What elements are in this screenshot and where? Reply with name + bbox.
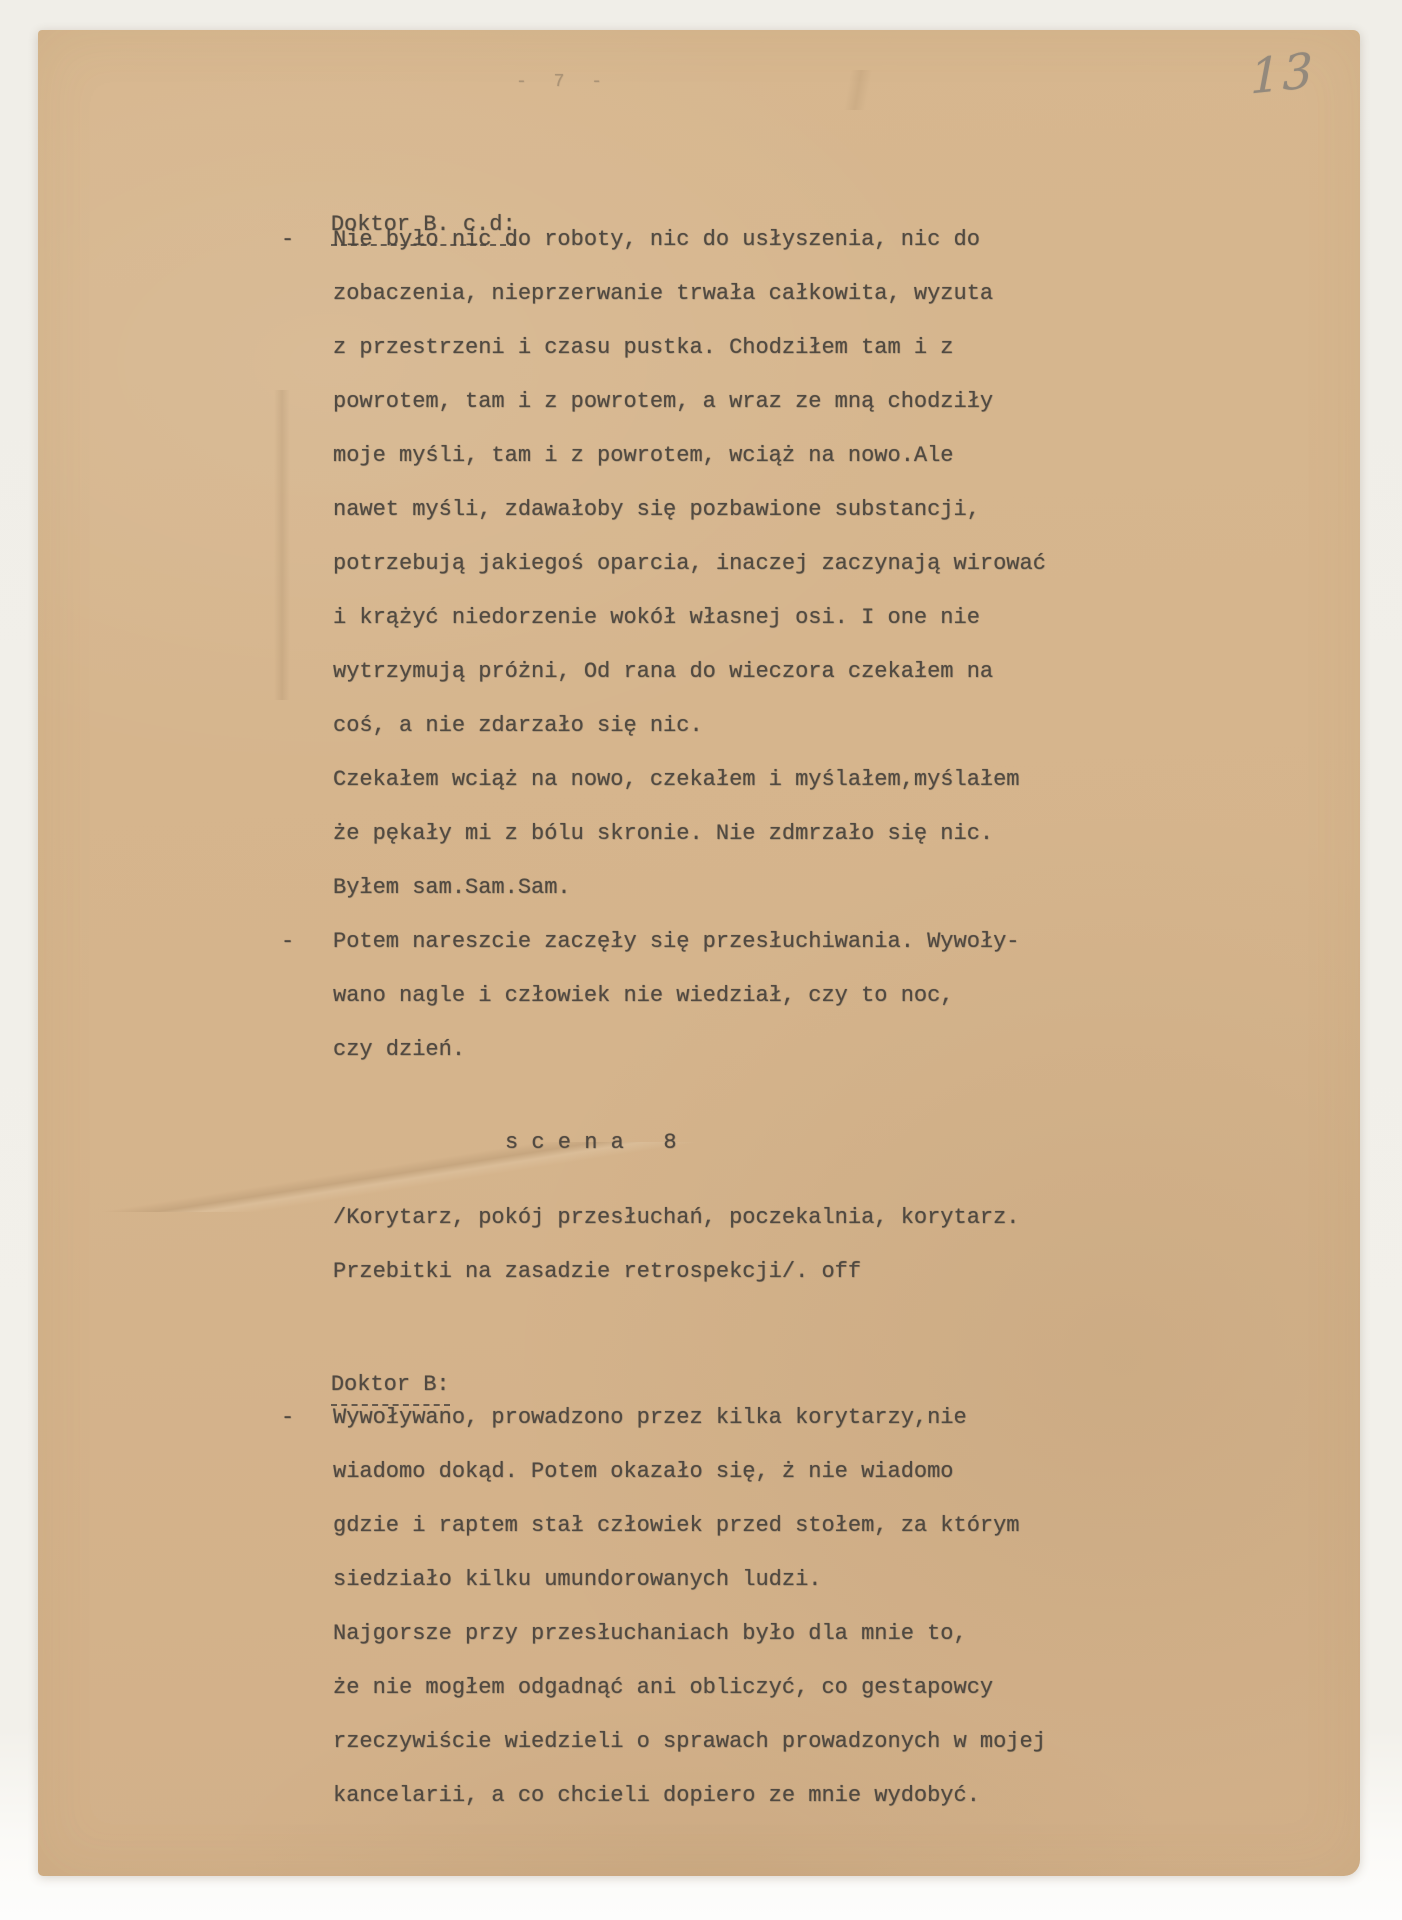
document-page: - 7 - 13 Doktor B. c.d: - Nie było nic d…	[38, 30, 1360, 1876]
text-line: wiadomo dokąd. Potem okazało się, ż nie …	[333, 1445, 1046, 1499]
dialog-dash-marker: -	[281, 1391, 294, 1445]
text-line: potrzebują jakiegoś oparcia, inaczej zac…	[333, 537, 1046, 591]
text-line: kancelarii, a co chcieli dopiero ze mnie…	[333, 1769, 1046, 1823]
dialog-paragraph: Nie było nic do roboty, nic do usłyszeni…	[333, 213, 1046, 915]
text-line: że nie mogłem odgadnąć ani obliczyć, co …	[333, 1661, 1046, 1715]
text-line: siedziało kilku umundorowanych ludzi.	[333, 1553, 1046, 1607]
paper-crease	[274, 390, 290, 700]
text-line: że pękały mi z bólu skronie. Nie zdmrzał…	[333, 807, 1046, 861]
text-line: nawet myśli, zdawałoby się pozbawione su…	[333, 483, 1046, 537]
text-line: Przebitki na zasadzie retrospekcji/. off	[333, 1245, 1020, 1299]
text-line: coś, a nie zdarzało się nic.	[333, 699, 1046, 753]
text-line: Czekałem wciąż na nowo, czekałem i myśla…	[333, 753, 1046, 807]
text-line: zobaczenia, nieprzerwanie trwała całkowi…	[333, 267, 1046, 321]
text-line: wano nagle i człowiek nie wiedział, czy …	[333, 969, 1020, 1023]
text-line: moje myśli, tam i z powrotem, wciąż na n…	[333, 429, 1046, 483]
dialog-paragraph: Potem nareszcie zaczęły się przesłuchiwa…	[333, 915, 1020, 1077]
text-line: Byłem sam.Sam.Sam.	[333, 861, 1046, 915]
dialog-dash-marker: -	[281, 915, 294, 969]
dialog-dash-marker: -	[281, 213, 294, 267]
dialog-paragraph: Wywoływano, prowadzono przez kilka koryt…	[333, 1391, 1046, 1823]
text-line: czy dzień.	[333, 1023, 1020, 1077]
text-line: Wywoływano, prowadzono przez kilka koryt…	[333, 1391, 1046, 1445]
scene-description: /Korytarz, pokój przesłuchań, poczekalni…	[333, 1191, 1020, 1299]
text-line: i krążyć niedorzenie wokół własnej osi. …	[333, 591, 1046, 645]
scanned-document-background: { "document": { "handwritten_page_number…	[0, 0, 1402, 1920]
text-line: z przestrzeni i czasu pustka. Chodziłem …	[333, 321, 1046, 375]
text-line: rzeczywiście wiedzieli o sprawach prowad…	[333, 1715, 1046, 1769]
text-line: powrotem, tam i z powrotem, a wraz ze mn…	[333, 375, 1046, 429]
paper-crease	[728, 70, 988, 110]
text-line: gdzie i raptem stał człowiek przed stołe…	[333, 1499, 1046, 1553]
handwritten-page-number: 13	[1250, 42, 1315, 105]
typed-page-number: - 7 -	[516, 72, 610, 92]
text-line: Najgorsze przy przesłuchaniach było dla …	[333, 1607, 1046, 1661]
scene-heading: s c e n a 8	[505, 1116, 677, 1170]
text-line: Nie było nic do roboty, nic do usłyszeni…	[333, 213, 1046, 267]
text-line: Potem nareszcie zaczęły się przesłuchiwa…	[333, 915, 1020, 969]
text-line: /Korytarz, pokój przesłuchań, poczekalni…	[333, 1191, 1020, 1245]
text-line: wytrzymują próżni, Od rana do wieczora c…	[333, 645, 1046, 699]
